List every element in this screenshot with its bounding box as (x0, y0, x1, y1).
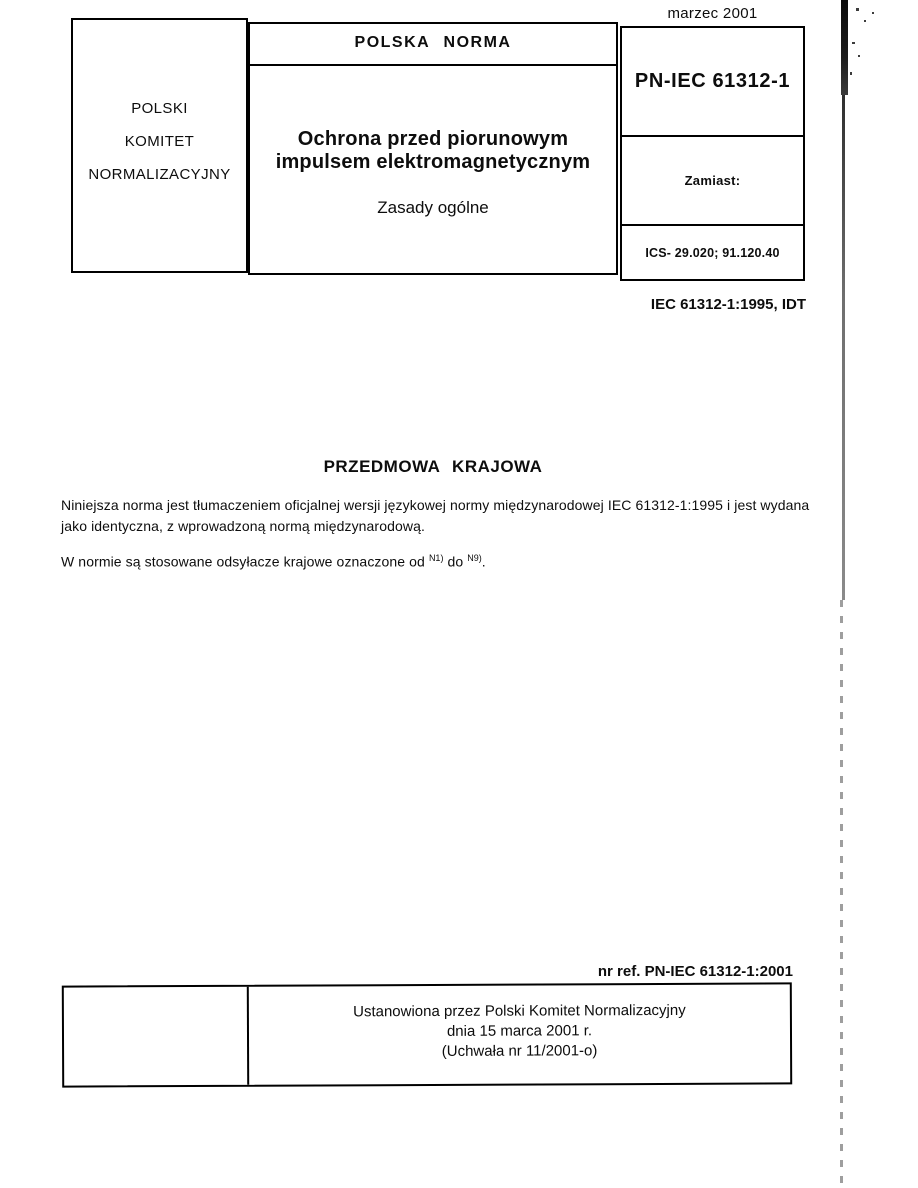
scan-noise-speck (852, 42, 855, 44)
national-note-ref-n1: N1) (429, 553, 444, 563)
norma-title-line-2: impulsem elektromagnetycznym (250, 151, 616, 174)
norma-cell: POLSKA NORMA Ochrona przed piorunowym im… (248, 22, 618, 275)
scan-artifact-line-middle (842, 95, 845, 600)
scan-noise-speck (864, 20, 866, 22)
scan-artifact-line-top (841, 0, 848, 95)
foreword-paragraph-1: Niniejsza norma jest tłumaczeniem oficja… (61, 495, 826, 537)
polska-norma-banner: POLSKA NORMA (250, 24, 616, 66)
norma-subtitle: Zasady ogólne (250, 198, 616, 218)
nr-reference: nr ref. PN-IEC 61312-1:2001 (490, 963, 793, 980)
approval-line-2: dnia 15 marca 2001 r. (447, 1021, 592, 1042)
scan-noise-speck (872, 12, 874, 14)
committee-line-3: NORMALIZACYJNY (88, 158, 230, 191)
scan-noise-speck (858, 55, 860, 57)
norma-title-line-1: Ochrona przed piorunowym (250, 128, 616, 151)
idt-reference: IEC 61312-1:1995, IDT (500, 296, 806, 313)
foreword-paragraph-2-period: . (482, 554, 486, 570)
foreword-paragraph-2: W normie są stosowane odsyłacze krajowe … (61, 548, 826, 573)
norma-title: Ochrona przed piorunowym impulsem elektr… (250, 128, 616, 174)
scan-noise-speck (850, 72, 852, 75)
approval-empty-cell (64, 987, 249, 1086)
ics-code: ICS- 29.020; 91.120.40 (622, 226, 803, 279)
scanned-document-page: marzec 2001 POLSKI KOMITET NORMALIZACYJN… (0, 0, 918, 1188)
national-note-ref-n9: N9) (467, 553, 482, 563)
approval-table: Ustanowiona przez Polski Komitet Normali… (62, 982, 792, 1087)
committee-line-2: KOMITET (125, 125, 194, 158)
norm-number: PN-IEC 61312-1 (622, 28, 803, 137)
scan-artifact-line-bottom (840, 600, 843, 1188)
foreword-heading: PRZEDMOWA KRAJOWA (0, 457, 866, 477)
approval-line-1: Ustanowiona przez Polski Komitet Normali… (353, 1001, 686, 1022)
issue-date-label: marzec 2001 (620, 5, 805, 25)
norma-title-block: Ochrona przed piorunowym impulsem elektr… (250, 66, 616, 218)
foreword-paragraph-2-text: W normie są stosowane odsyłacze krajowe … (61, 554, 425, 570)
scan-noise-speck (856, 8, 859, 11)
approval-line-3: (Uchwała nr 11/2001-o) (442, 1041, 598, 1062)
designation-cell: PN-IEC 61312-1 Zamiast: ICS- 29.020; 91.… (620, 26, 805, 281)
approval-text-cell: Ustanowiona przez Polski Komitet Normali… (249, 984, 790, 1084)
foreword-paragraph-2-between: do (447, 554, 463, 570)
committee-line-1: POLSKI (131, 92, 188, 125)
zamiast-label: Zamiast: (622, 137, 803, 226)
committee-cell: POLSKI KOMITET NORMALIZACYJNY (71, 18, 248, 273)
